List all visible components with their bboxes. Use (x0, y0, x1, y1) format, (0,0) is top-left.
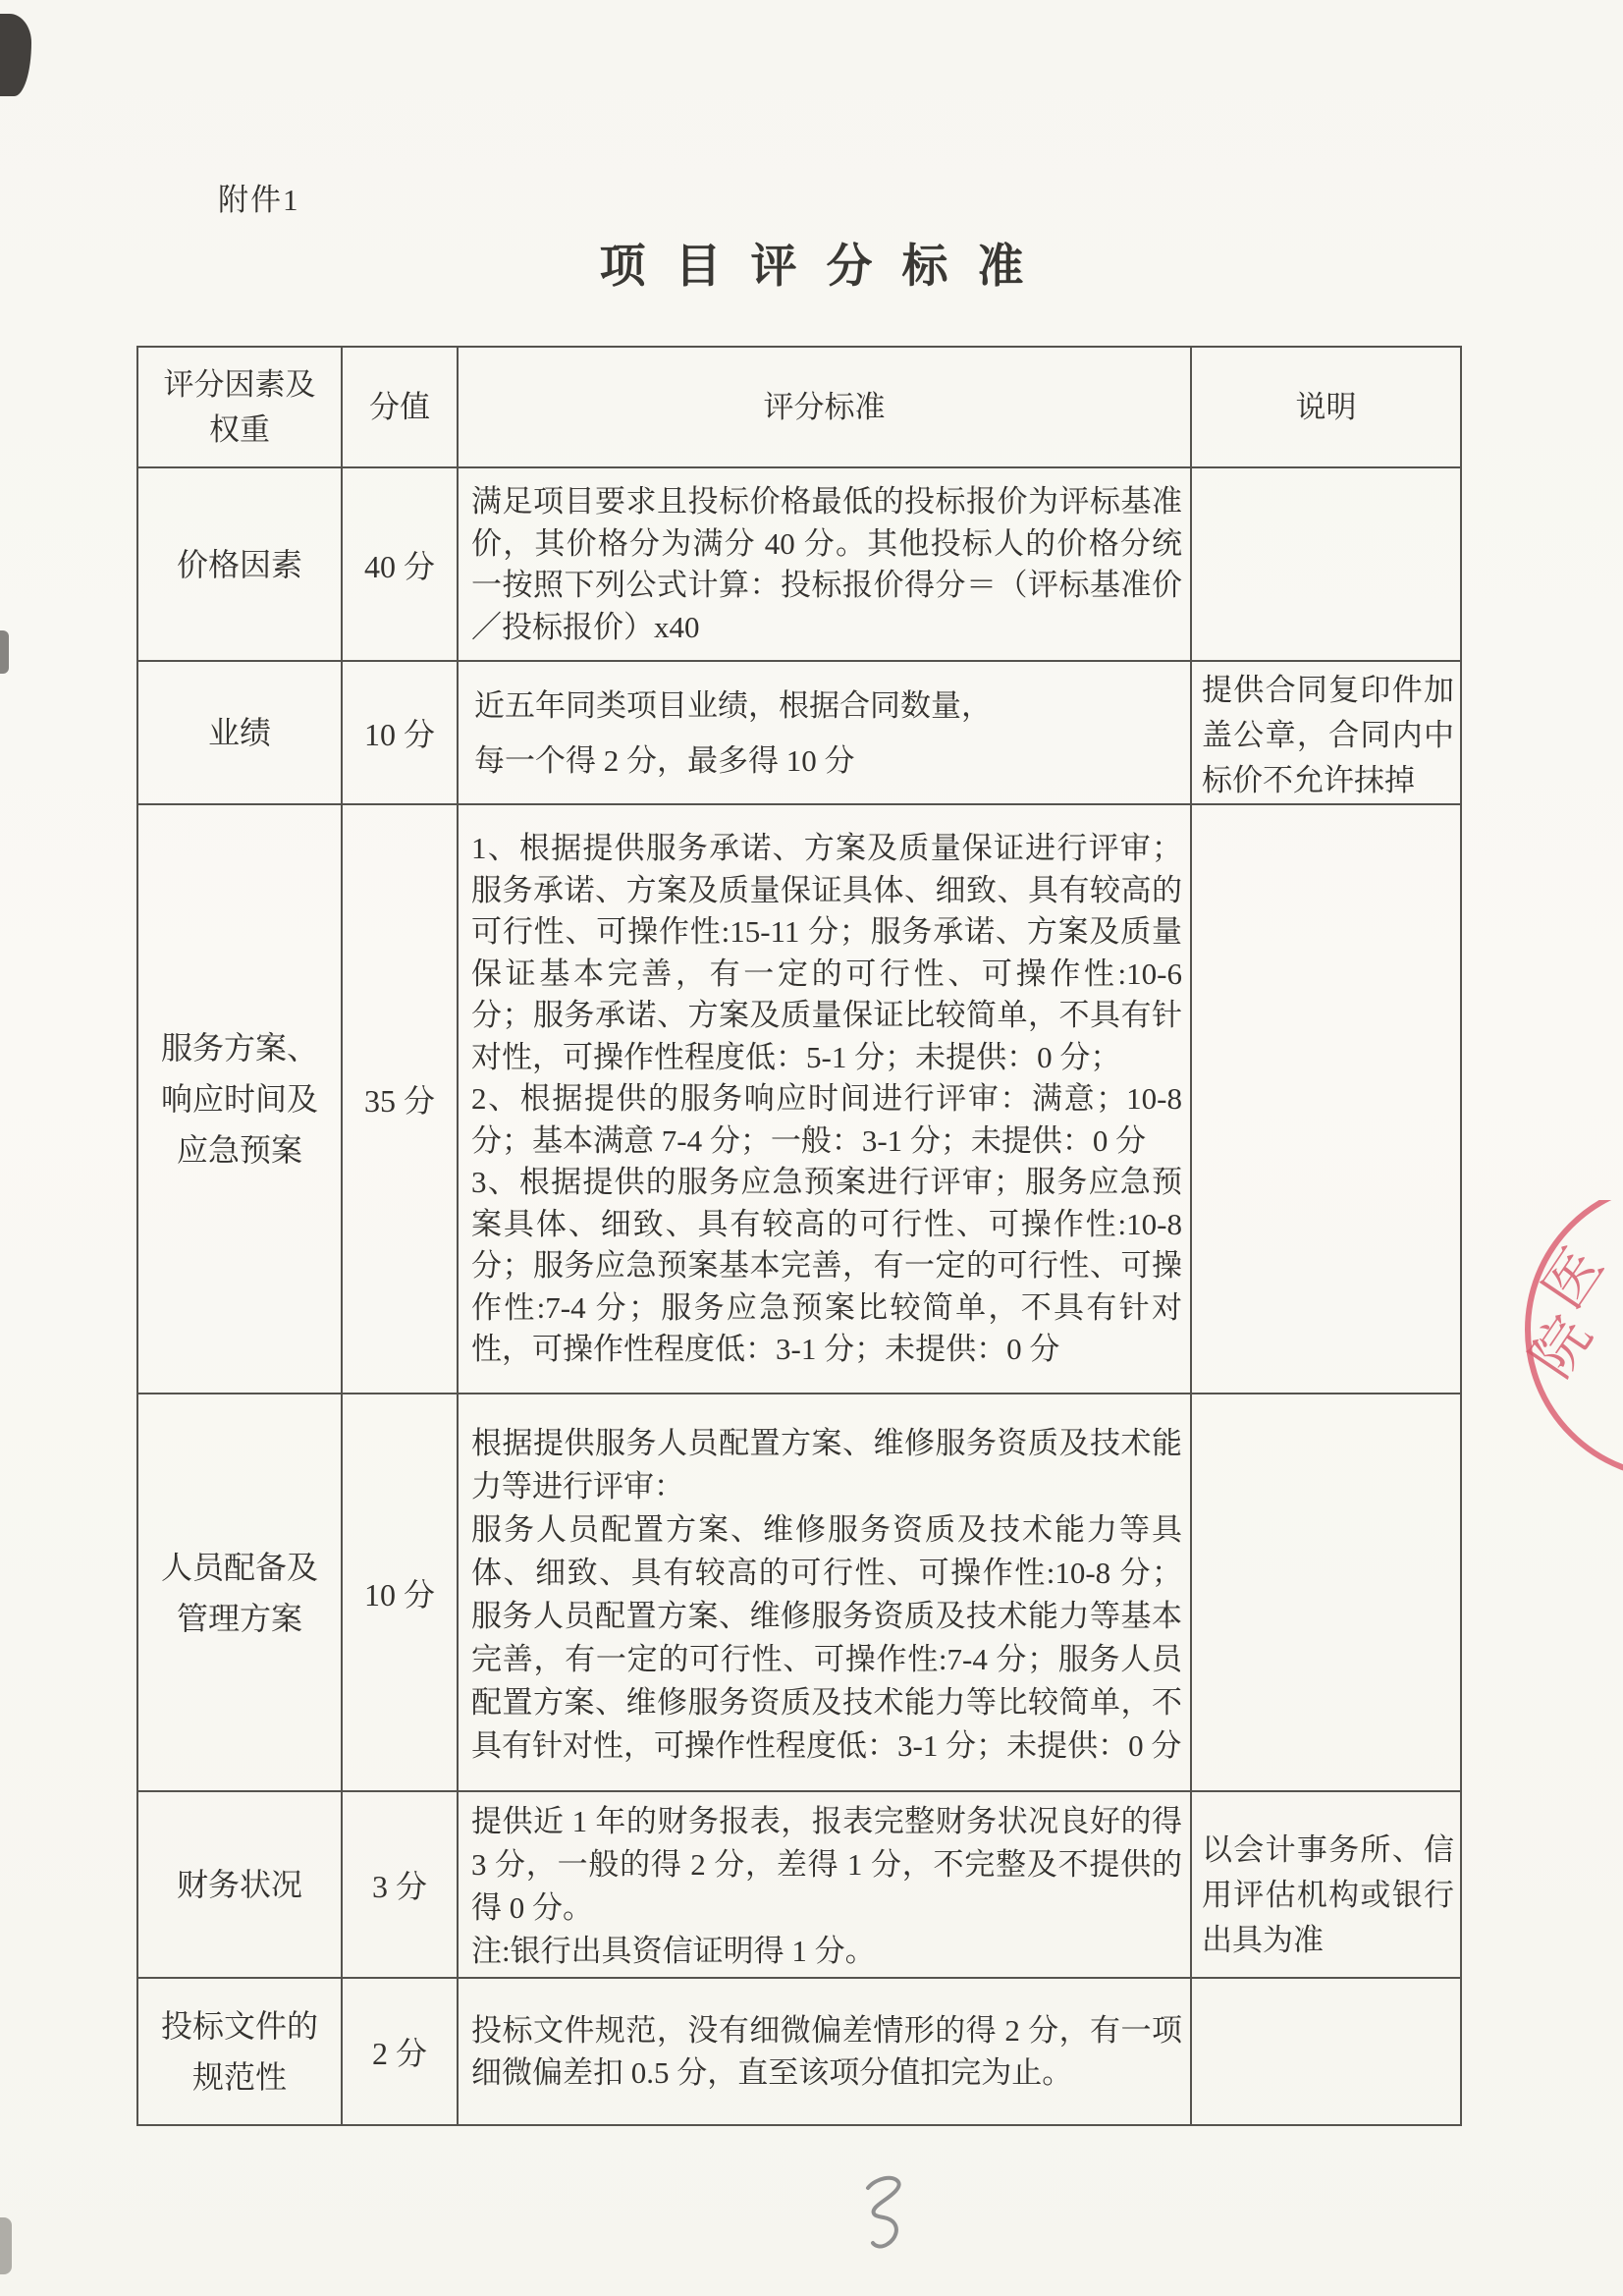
note-cell (1191, 804, 1461, 1394)
factor-cell: 业绩 (137, 661, 342, 804)
scan-artifact (0, 630, 9, 674)
header-criteria: 评分标准 (458, 347, 1191, 467)
score-cell: 10 分 (342, 1394, 458, 1791)
note-cell (1191, 1394, 1461, 1791)
table-header-row: 评分因素及 权重 分值 评分标准 说明 (137, 347, 1461, 467)
factor-cell: 服务方案、响应时间及应急预案 (137, 804, 342, 1394)
table-row-staffing: 人员配备及 管理方案 10 分 根据提供服务人员配置方案、维修服务资质及技术能力… (137, 1394, 1461, 1791)
note-cell (1191, 1978, 1461, 2125)
header-score: 分值 (342, 347, 458, 467)
stamp-char-top: 医 (1531, 1236, 1615, 1319)
factor-cell: 人员配备及 管理方案 (137, 1394, 342, 1791)
page-title: 项目评分标准 (0, 230, 1623, 296)
note-cell (1191, 467, 1461, 661)
criteria-cell: 满足项目要求且投标价格最低的投标报价为评标基准价，其价格分为满分 40 分。其他… (458, 467, 1191, 661)
table-row-financial: 财务状况 3 分 提供近 1 年的财务报表，报表完整财务状况良好的得 3 分，一… (137, 1791, 1461, 1978)
table-row-price: 价格因素 40 分 满足项目要求且投标价格最低的投标报价为评标基准价，其价格分为… (137, 467, 1461, 661)
criteria-cell: 投标文件规范，没有细微偏差情形的得 2 分，有一项细微偏差扣 0.5 分，直至该… (458, 1978, 1191, 2125)
table-row-service-plan: 服务方案、响应时间及应急预案 35 分 1、根据提供服务承诺、方案及质量保证进行… (137, 804, 1461, 1394)
stamp-char-bottom: 院 (1519, 1305, 1603, 1388)
score-cell: 10 分 (342, 661, 458, 804)
attachment-label: 附件1 (218, 175, 300, 219)
criteria-cell: 1、根据提供服务承诺、方案及质量保证进行评审；服务承诺、方案及质量保证具体、细致… (458, 804, 1191, 1394)
scan-artifact (0, 2217, 12, 2274)
score-cell: 40 分 (342, 467, 458, 661)
score-cell: 2 分 (342, 1978, 458, 2125)
note-cell: 以会计事务所、信用评估机构或银行出具为准 (1191, 1791, 1461, 1978)
document-page: 附件1 项目评分标准 评分因素及 权重 分值 评分标准 说明 价格因素 40 分… (0, 0, 1623, 2296)
scoring-table: 评分因素及 权重 分值 评分标准 说明 价格因素 40 分 满足项目要求且投标价… (136, 346, 1462, 2126)
factor-cell: 财务状况 (137, 1791, 342, 1978)
note-cell: 提供合同复印件加盖公章，合同内中标价不允许抹掉 (1191, 661, 1461, 804)
factor-cell: 价格因素 (137, 467, 342, 661)
handwritten-page-number (860, 2174, 911, 2257)
scan-artifact (0, 14, 31, 96)
hospital-stamp: 医 院 (1473, 1200, 1623, 1475)
score-cell: 35 分 (342, 804, 458, 1394)
factor-cell: 投标文件的 规范性 (137, 1978, 342, 2125)
criteria-cell: 近五年同类项目业绩，根据合同数量， 每一个得 2 分，最多得 10 分 (458, 661, 1191, 804)
table-row-bid-document: 投标文件的 规范性 2 分 投标文件规范，没有细微偏差情形的得 2 分，有一项细… (137, 1978, 1461, 2125)
criteria-cell: 提供近 1 年的财务报表，报表完整财务状况良好的得 3 分，一般的得 2 分，差… (458, 1791, 1191, 1978)
criteria-cell: 根据提供服务人员配置方案、维修服务资质及技术能力等进行评审： 服务人员配置方案、… (458, 1394, 1191, 1791)
header-note: 说明 (1191, 347, 1461, 467)
stamp-arc-icon: 医 院 (1473, 1200, 1623, 1475)
score-cell: 3 分 (342, 1791, 458, 1978)
table-row-performance: 业绩 10 分 近五年同类项目业绩，根据合同数量， 每一个得 2 分，最多得 1… (137, 661, 1461, 804)
header-factor: 评分因素及 权重 (137, 347, 342, 467)
